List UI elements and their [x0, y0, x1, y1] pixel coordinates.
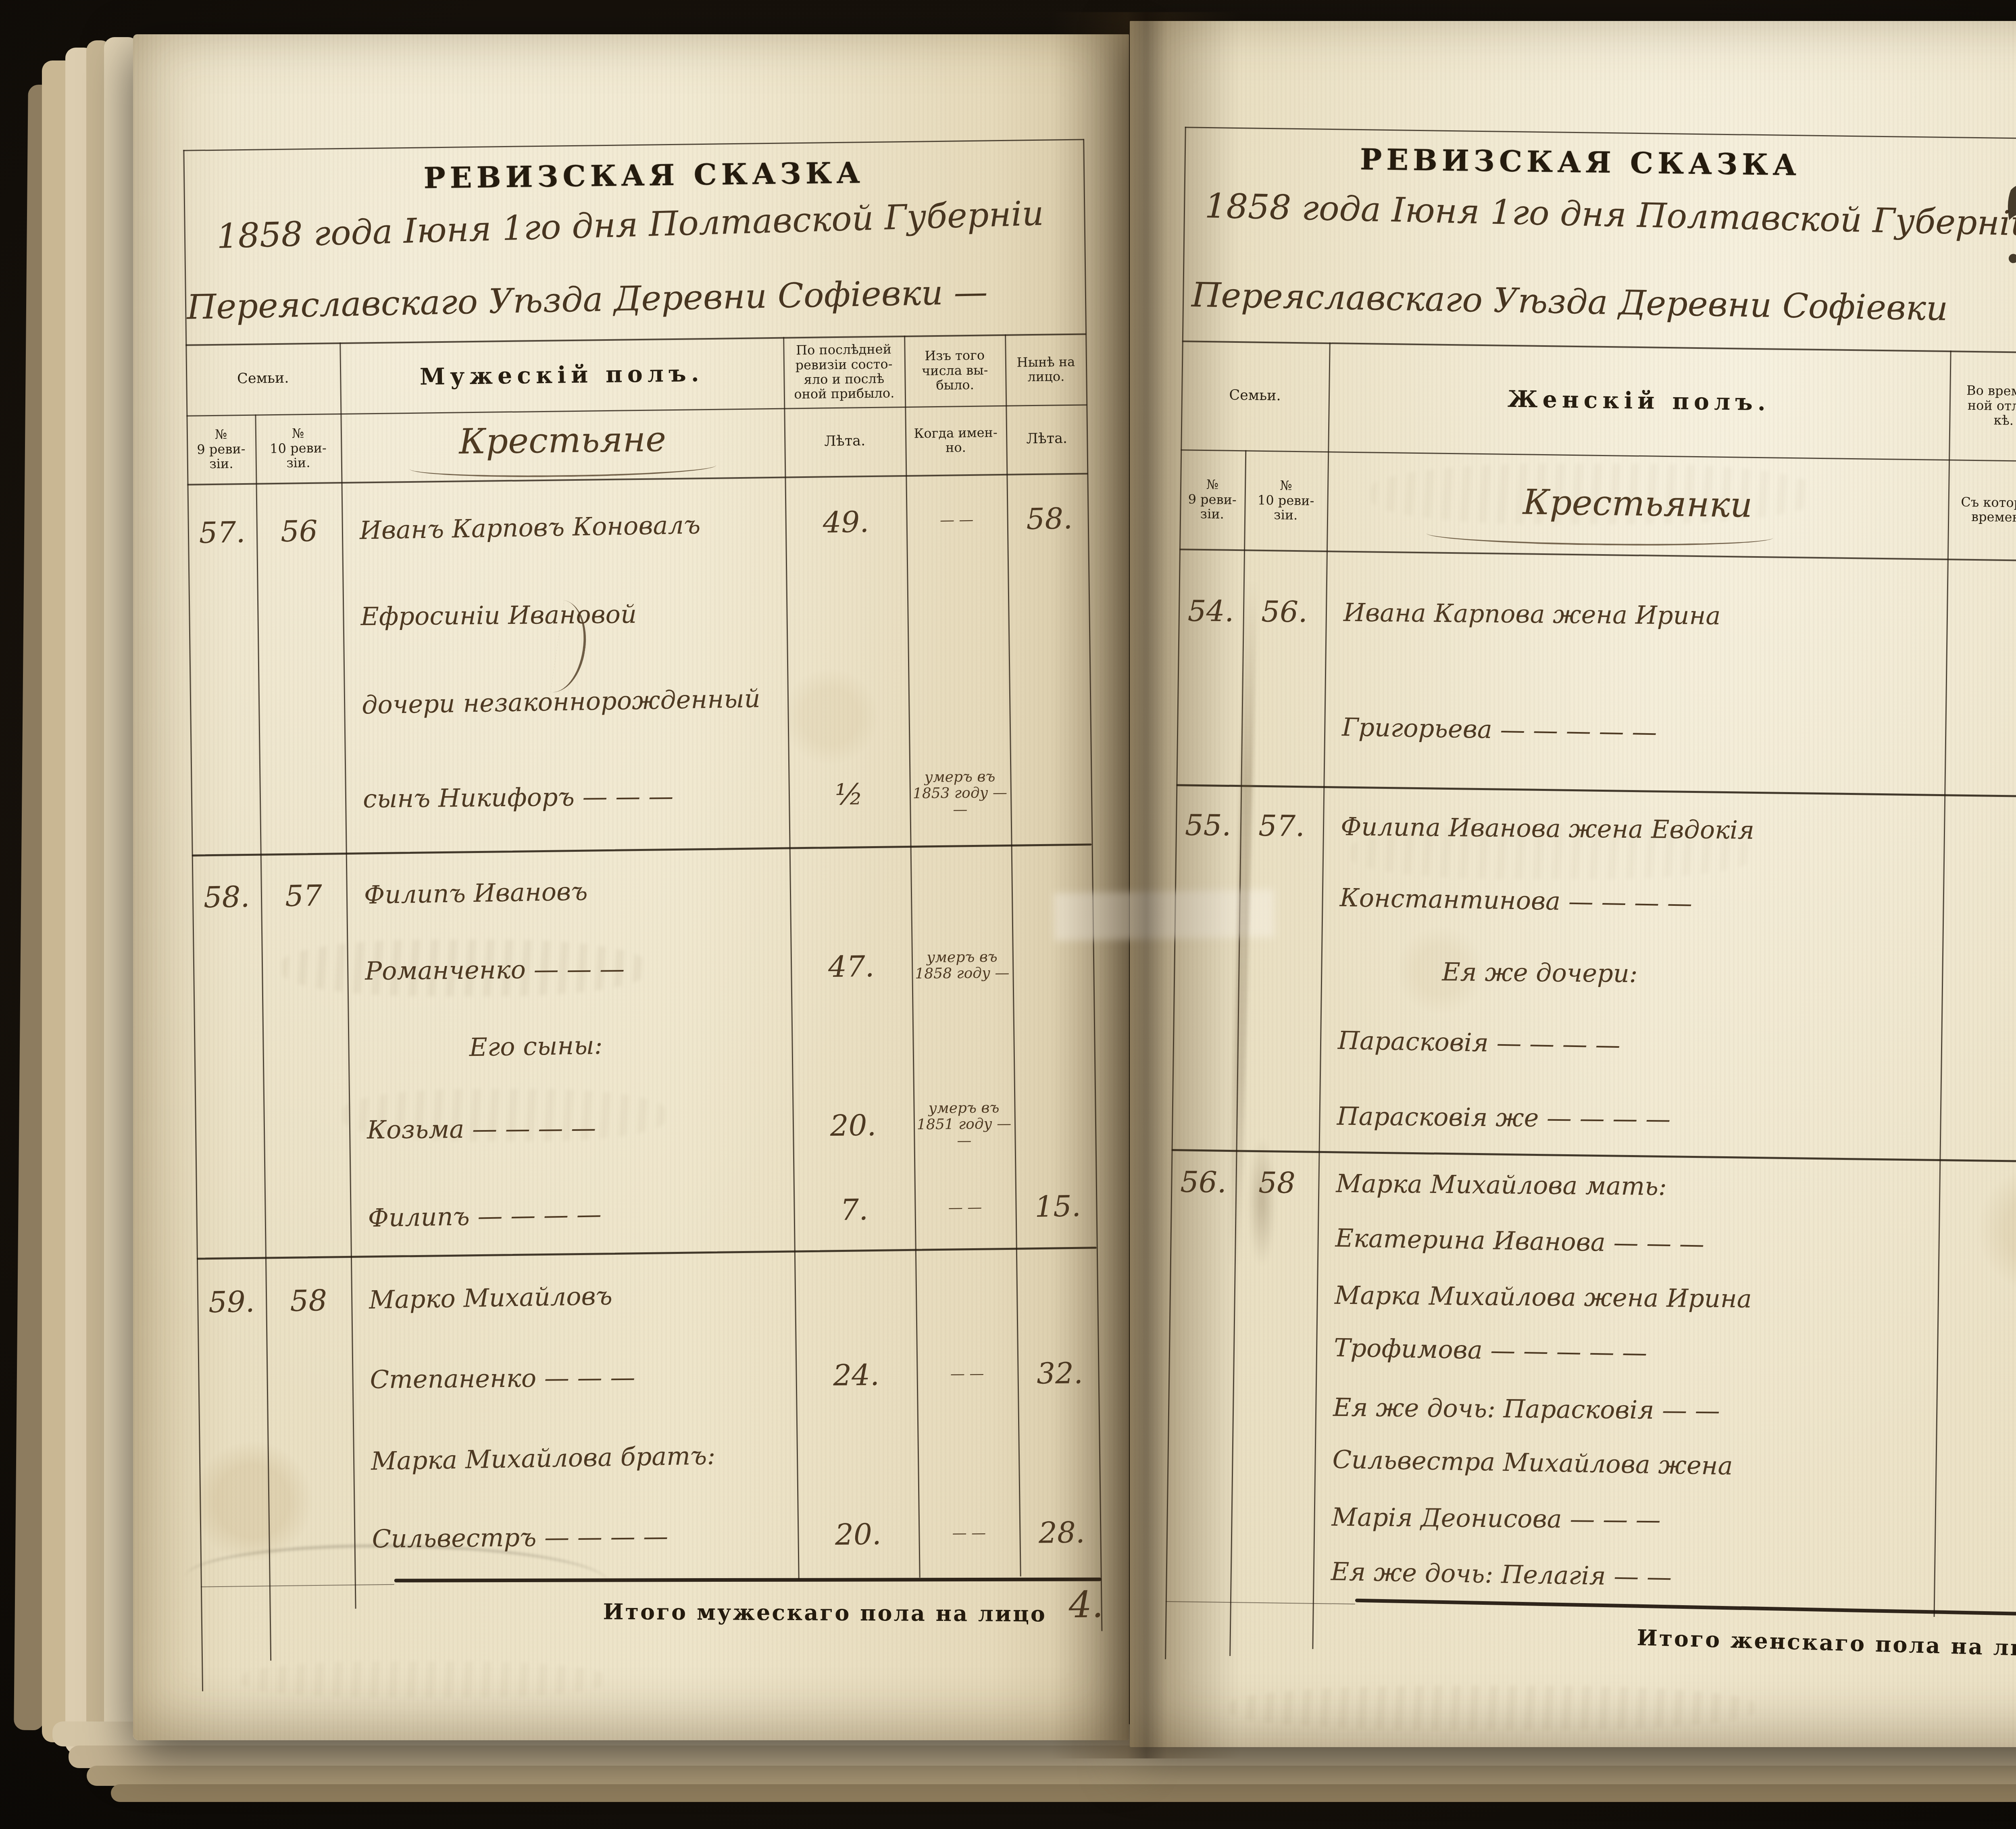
census-row: Степаненко — — —24.— —32. — [198, 1356, 1098, 1397]
page-edge-stack-bottom — [111, 1784, 2016, 1802]
cell-name: Марка Михайлова мать: — [1318, 1168, 1939, 1203]
census-row: Марія Деонисова — — —26. — [1166, 1498, 2016, 1540]
census-row: Филипъ — — — —7.— —15. — [196, 1189, 1096, 1238]
cell-name: Парасковія же — — — — — [1319, 1101, 1940, 1136]
header-family: Семьи. — [185, 342, 340, 415]
cell-no10: 57. — [1240, 809, 1323, 843]
cell-no10 — [1232, 1458, 1315, 1459]
family-block: 54.56.Ивана Карпова жена ИринаГригорьева… — [1176, 550, 2016, 796]
cell-when: — — — [914, 1199, 1016, 1217]
cell-no10 — [1237, 1115, 1319, 1116]
cell-no10 — [263, 1049, 348, 1051]
census-row: Сильвестра Михайлова жена — [1167, 1442, 2016, 1487]
cell-no10 — [1233, 1346, 1316, 1347]
cell-now — [1012, 882, 1096, 884]
imperial-double-eagle-icon — [1996, 158, 2016, 292]
cell-prev — [797, 1452, 918, 1454]
cell-no10: 57 — [260, 878, 346, 913]
cell-now: 32. — [1017, 1356, 1102, 1391]
cell-prev — [791, 1040, 912, 1042]
cell-no10 — [267, 1379, 352, 1380]
family-block: 57.56Иванъ Карповъ Коновалъ49.— —58.Ефро… — [187, 474, 1092, 854]
cell-now — [1012, 964, 1097, 965]
cell-name: Филипа Иванова жена Евдокія — [1323, 811, 1944, 846]
cell-name: Ея же дочери: — [1321, 956, 1942, 991]
cell-since — [1941, 1050, 2016, 1051]
census-row: Козьма — — — —20.умеръ въ 1851 году — — — [195, 1099, 1095, 1156]
cell-name: Его сыны: — [348, 1027, 792, 1064]
cell-no9 — [1177, 724, 1241, 725]
header-departed: Изъ того числа вы- было. — [904, 334, 1006, 407]
header-years-now: Лѣта. — [1006, 404, 1088, 473]
cell-no10 — [1231, 1570, 1313, 1571]
left-page-sheet: РЕВИЗСКАЯ СКАЗКА 1858 года Іюня 1го дня … — [180, 115, 1107, 1739]
header-rev10: № 10 реви- зіи. — [1244, 450, 1328, 551]
cell-name: Ея же дочь: Парасковія — — — [1315, 1392, 1937, 1427]
cell-name: Екатерина Иванова — — — — [1317, 1223, 1939, 1263]
header-rev10: № 10 реви- зіи. — [255, 413, 341, 483]
census-row: Трофимова — — — — —32 — [1169, 1328, 2016, 1377]
frame-line — [1185, 127, 2016, 140]
census-row: Марка Михайлова жена Ирина — [1170, 1279, 2016, 1316]
cell-name: Филипъ — — — — — [350, 1196, 794, 1233]
cell-no9 — [200, 1539, 269, 1540]
census-row: Ефросиніи Ивановой — [189, 595, 1089, 632]
cell-when: — — — [916, 1366, 1017, 1383]
cell-no9 — [193, 972, 262, 972]
census-row: Григорьева — — — — —59. — [1177, 707, 2016, 757]
census-row: 57.56Иванъ Карповъ Коновалъ49.— —58. — [187, 501, 1088, 550]
census-row: Парасковія же — — — —10. — [1172, 1097, 2016, 1139]
cell-prev — [786, 611, 907, 613]
census-row: 58.57Филипъ Ивановъ — [192, 865, 1092, 914]
cell-when — [908, 694, 1009, 696]
header-rev9: № 9 реви- зіи. — [186, 415, 256, 484]
cell-name: Ея же дочь: Пелагія — — — [1313, 1556, 1934, 1596]
cell-now — [1018, 1449, 1103, 1450]
cell-no9: 58. — [192, 880, 261, 915]
cell-no10 — [262, 971, 347, 972]
cell-name: Сильвестръ — — — — — [354, 1520, 798, 1554]
cell-since — [1943, 907, 2016, 909]
census-row: сынъ Никифоръ — — —½умеръ въ 1853 году —… — [191, 768, 1091, 824]
cell-no10 — [260, 799, 345, 799]
cell-name: Парасковія — — — — — [1320, 1025, 1941, 1065]
cell-no10 — [1241, 725, 1324, 726]
page-edge-stack-bottom — [69, 1746, 2016, 1768]
census-row: Его сыны: — [194, 1022, 1094, 1066]
cell-since — [1934, 1581, 2016, 1583]
census-row: Парасковія — — — —13. — [1173, 1020, 2016, 1070]
cell-now: 58. — [1007, 501, 1092, 536]
census-row: Сильвестръ — — — —20.— —28. — [200, 1515, 1100, 1557]
family-block: 55.57.Филипа Иванова жена ЕвдокіяКонстан… — [1172, 786, 2016, 1161]
cell-name: Иванъ Карповъ Коновалъ — [342, 508, 785, 545]
cell-no9 — [1167, 1515, 1231, 1516]
census-row: дочери незаконнорожденный — [190, 678, 1090, 722]
census-book-scan: РЕВИЗСКАЯ СКАЗКА 1858 года Іюня 1го дня … — [0, 0, 2016, 1829]
cell-no9 — [199, 1463, 268, 1464]
cell-no10 — [1237, 1038, 1320, 1039]
cell-no10: 56. — [1243, 594, 1326, 629]
header-family: Семьи. — [1181, 340, 1329, 451]
cell-prev: 24. — [796, 1358, 917, 1393]
cell-since — [1940, 1121, 2016, 1122]
cell-name: Степаненко — — — — [352, 1361, 796, 1394]
cell-no10: 58 — [266, 1283, 352, 1318]
cell-no9 — [196, 1220, 265, 1221]
cell-name: Сильвестра Михайлова жена — [1314, 1444, 1936, 1484]
cell-name: сынъ Никифоръ — — — — [345, 780, 789, 813]
cell-when: умеръ въ 1858 году — — [912, 949, 1013, 982]
cell-no10 — [1235, 1236, 1318, 1237]
cell-no10 — [264, 1130, 349, 1131]
cell-now: 15. — [1015, 1189, 1100, 1224]
cell-when: — — — [918, 1525, 1019, 1541]
cell-name: Марко Михайловъ — [351, 1278, 795, 1315]
cell-no9 — [1170, 1235, 1235, 1236]
cell-prev — [787, 696, 908, 698]
cell-no10 — [258, 705, 344, 707]
cell-no9 — [1174, 970, 1238, 970]
cell-name: Романченко — — — — [347, 952, 791, 986]
cell-name: Марка Михайлова жена Ирина — [1317, 1280, 1938, 1315]
cell-name: Филипъ Ивановъ — [346, 873, 790, 909]
header-since: Съ котораго времени. — [1947, 459, 2016, 560]
total-label-male: Итого мужескаго пола на лицо — [577, 1598, 1073, 1627]
census-row: Ея же дочь: Парасковія — —10. — [1168, 1389, 2016, 1431]
total-value-male: 4. — [1068, 1583, 1104, 1626]
cell-since — [1938, 1300, 2016, 1301]
cell-no10 — [258, 616, 343, 617]
total-label-female: Итого женскаго пола на лицо — [1601, 1624, 2016, 1663]
page-title: РЕВИЗСКАЯ СКАЗКА — [301, 154, 987, 196]
cell-no10 — [269, 1539, 354, 1539]
cell-no10: 56 — [256, 513, 342, 549]
cell-no10 — [1238, 970, 1321, 971]
cell-when — [911, 884, 1012, 886]
cell-no9 — [195, 1131, 264, 1131]
family-block: 59.58Марко МихайловъСтепаненко — — —24.—… — [197, 1249, 1101, 1582]
census-row: Екатерина Иванова — — —62. — [1170, 1218, 2016, 1268]
header-prev-revision: По послѣдней ревизіи состо- яло и послѣ … — [783, 331, 905, 413]
census-row: 55.57.Филипа Иванова жена Евдокія — [1176, 808, 2016, 850]
cell-name: Григорьева — — — — — — [1324, 712, 1945, 752]
cell-since — [1942, 976, 2016, 977]
cell-no9 — [1172, 1114, 1237, 1115]
cell-no9 — [198, 1380, 267, 1381]
cell-no9: 54. — [1179, 594, 1243, 628]
cell-since — [1945, 737, 2016, 738]
place-line: Переяславскаго Уѣзда Деревни Софіевки — — [186, 272, 988, 327]
cell-name: Трофимова — — — — — — [1316, 1333, 1937, 1372]
cell-since — [1947, 617, 2016, 618]
cell-name: Ивана Карпова жена Ирина — [1326, 597, 1947, 632]
cell-prev: 20. — [798, 1517, 919, 1552]
cell-name: Марія Деонисова — — — — [1314, 1502, 1935, 1537]
census-table-body-male: 57.56Иванъ Карповъ Коновалъ49.— —58.Ефро… — [187, 474, 1101, 1585]
census-row: Романченко — — —47.умеръ въ 1858 году — — [193, 947, 1093, 989]
census-row: Ея же дочь: Пелагія — —2. — [1166, 1552, 2016, 1601]
cell-prev — [790, 886, 911, 888]
right-page-sheet: РЕВИЗСКАЯ СКАЗКА 1858 года Іюня 1го дня … — [1160, 94, 2016, 1753]
page-edge-stack-bottom — [87, 1766, 2016, 1786]
cell-no9: 55. — [1176, 808, 1241, 842]
cell-when — [916, 1289, 1016, 1291]
header-years-prev: Лѣта. — [784, 407, 906, 477]
cell-now: 28. — [1019, 1515, 1104, 1550]
cell-since — [1936, 1412, 2016, 1413]
cell-no10 — [265, 1218, 350, 1220]
census-row: 59.58Марко Михайловъ — [197, 1271, 1098, 1320]
header-when: Когда имен- но. — [905, 405, 1006, 475]
cell-prev: 20. — [793, 1108, 914, 1143]
header-present: Нынѣ на лицо. — [1005, 333, 1087, 405]
cell-no10 — [1233, 1406, 1315, 1407]
cell-no9 — [1173, 1037, 1237, 1039]
cell-no9 — [189, 617, 258, 617]
cell-name: Константинова — — — — — [1322, 882, 1943, 922]
cell-no9 — [1166, 1568, 1231, 1570]
date-line: 1858 года Іюня 1го дня Полтавской Губерн… — [1204, 186, 2016, 244]
cell-since — [1935, 1469, 2016, 1471]
cell-no9 — [194, 1051, 263, 1052]
cell-no9: 57. — [187, 515, 256, 550]
cell-since — [1937, 1358, 2016, 1359]
cell-now — [1014, 1124, 1099, 1124]
header-sex: Женскій полъ. — [1328, 342, 1950, 459]
cell-now — [1016, 1288, 1101, 1289]
cell-since — [1939, 1189, 2016, 1189]
cell-no9 — [1175, 895, 1239, 896]
cell-name: дочери незаконнорожденный — [344, 683, 788, 720]
cell-when: умеръ въ 1851 году — — — [914, 1100, 1015, 1149]
revenue-stamp: 2 коп. — [1994, 158, 2016, 311]
cell-prev: 7. — [793, 1192, 915, 1228]
cell-no10 — [1239, 896, 1322, 897]
cell-no9 — [1168, 1457, 1232, 1458]
cell-name: Марка Михайлова братъ: — [353, 1439, 797, 1476]
cell-no10 — [1231, 1516, 1314, 1516]
cell-when — [912, 1038, 1013, 1040]
cell-no9 — [1170, 1293, 1234, 1294]
cell-no9 — [1169, 1345, 1233, 1346]
table-bottom-line — [1166, 1601, 1355, 1604]
cell-no10 — [268, 1461, 353, 1463]
census-row: Ея же дочери: — [1174, 955, 2016, 993]
census-row: 56.58Марка Михайлова мать: — [1171, 1165, 2016, 1207]
family-block: 56.58Марка Михайлова мать:Екатерина Иван… — [1166, 1151, 2016, 1611]
cell-when — [907, 611, 1008, 611]
cell-since — [1939, 1248, 2016, 1249]
cell-prev — [795, 1291, 916, 1293]
cell-prev: ½ — [789, 777, 910, 812]
table-bottom-line — [201, 1584, 394, 1587]
cell-no10 — [1234, 1294, 1317, 1295]
cell-when: умеръ въ 1853 году — — — [909, 769, 1010, 818]
place-line: Переяславскаго Уѣзда Деревни Софіевки — [1191, 275, 1948, 328]
cell-since — [1944, 832, 2016, 832]
census-table-body-female: 54.56.Ивана Карпова жена ИринаГригорьева… — [1166, 550, 2016, 1611]
cell-no9: 59. — [197, 1285, 266, 1320]
cell-no10: 58 — [1235, 1165, 1318, 1200]
header-away: Во времен- ной отлуч- кѣ. — [1949, 350, 2016, 461]
cell-now — [1010, 792, 1095, 793]
cell-now — [1013, 1037, 1098, 1038]
cell-prev: 49. — [785, 504, 906, 540]
census-row: 54.56.Ивана Карпова жена Ирина — [1179, 594, 2016, 636]
cell-when: — — — [906, 511, 1007, 529]
header-rev9: № 9 реви- зіи. — [1179, 449, 1245, 549]
census-row: Марка Михайлова братъ: — [199, 1434, 1100, 1479]
cell-no9 — [191, 799, 260, 800]
cell-since — [1935, 1522, 2016, 1522]
cell-no9: 56. — [1171, 1165, 1236, 1199]
family-block: 58.57Филипъ ИвановъРоманченко — — —47.ум… — [192, 845, 1097, 1258]
cell-prev: 47. — [791, 949, 912, 984]
cell-now — [1009, 692, 1094, 694]
census-row: Константинова — — — —52. — [1175, 878, 2016, 927]
table-bottom-line — [394, 1577, 1102, 1582]
cell-no9 — [190, 707, 258, 708]
cell-name: Козьма — — — — — [349, 1112, 793, 1145]
cell-now — [1008, 610, 1093, 611]
frame-line — [183, 139, 1084, 151]
cell-no9 — [1168, 1406, 1233, 1406]
page-title: РЕВИЗСКАЯ СКАЗКА — [1241, 140, 1919, 184]
cell-when — [918, 1450, 1018, 1452]
date-line: 1858 года Іюня 1го дня Полтавской Губерн… — [216, 194, 1044, 256]
